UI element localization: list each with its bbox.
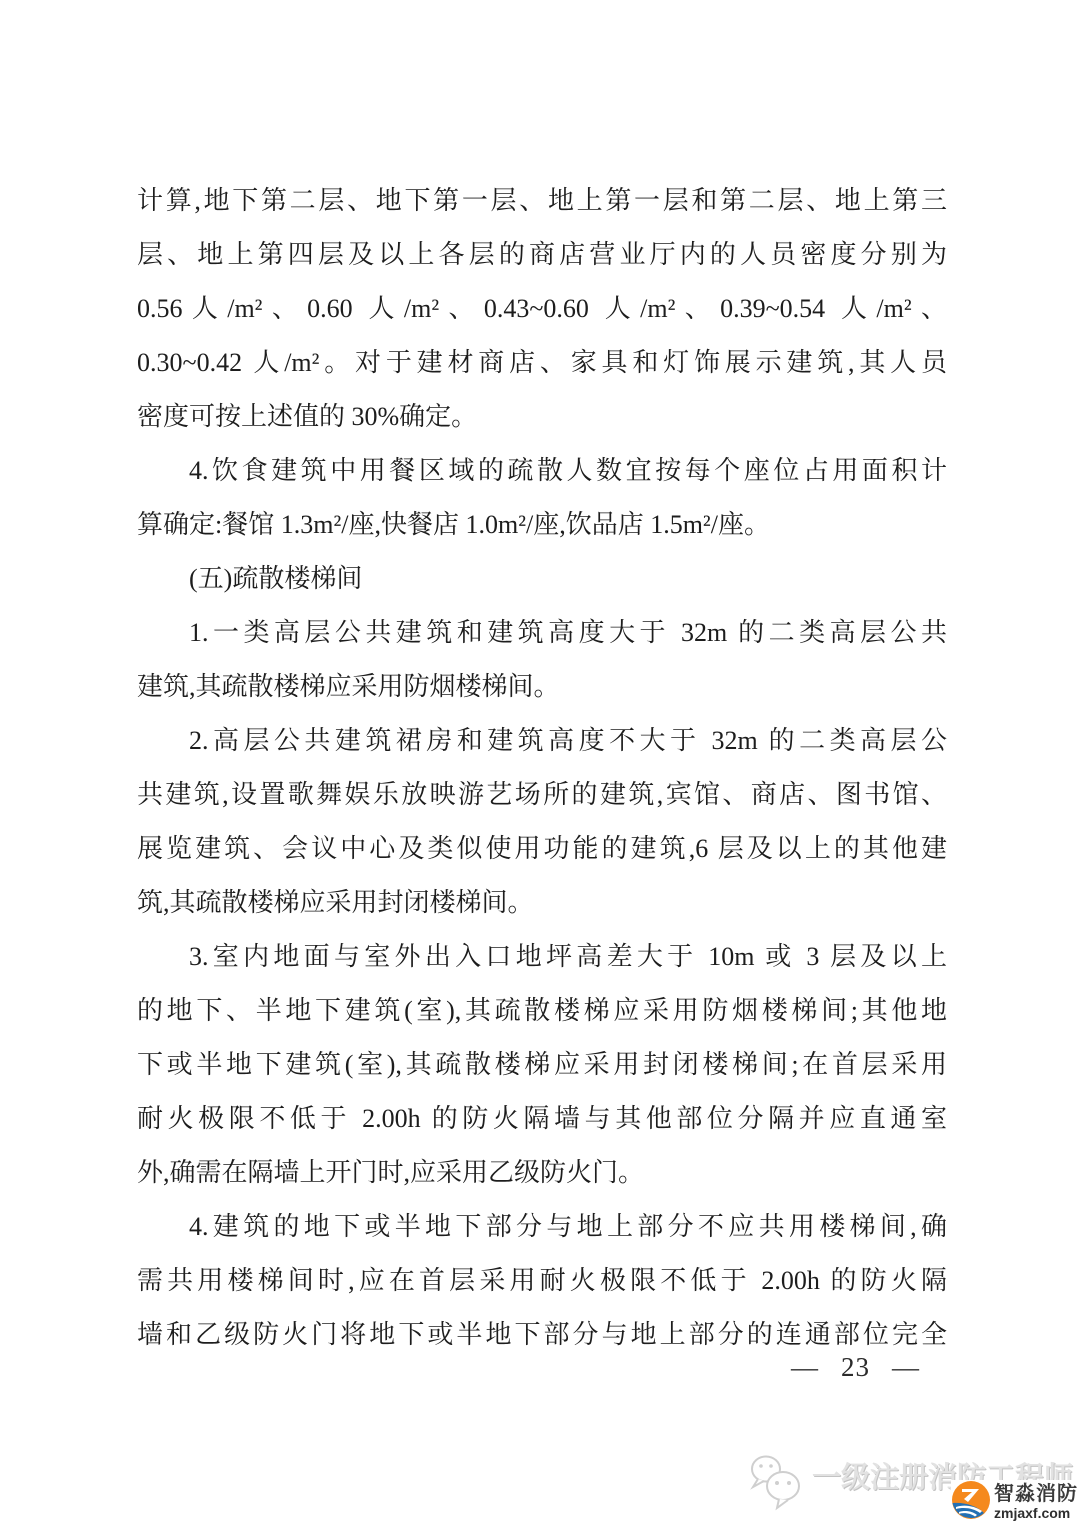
text-line: 需共用楼梯间时,应在首层采用耐火极限不低于 2.00h 的防火隔 <box>137 1254 947 1308</box>
brand-url: zmjaxf.com <box>994 1505 1078 1521</box>
text-line: 1.一类高层公共建筑和建筑高度大于 32m 的二类高层公共 <box>137 606 947 660</box>
document-page: 计算,地下第二层、地下第一层、地上第一层和第二层、地上第三层、地上第四层及以上各… <box>0 0 1080 1527</box>
wechat-icon <box>748 1452 806 1517</box>
text-line: 外,确需在隔墙上开门时,应采用乙级防火门。 <box>137 1146 947 1200</box>
text-line: 4.建筑的地下或半地下部分与地上部分不应共用楼梯间,确 <box>137 1200 947 1254</box>
text-line: 共建筑,设置歌舞娱乐放映游艺场所的建筑,宾馆、商店、图书馆、 <box>137 768 947 822</box>
text-line: 算确定:餐馆 1.3m²/座,快餐店 1.0m²/座,饮品店 1.5m²/座。 <box>137 498 947 552</box>
text-block: 计算,地下第二层、地下第一层、地上第一层和第二层、地上第三层、地上第四层及以上各… <box>137 174 947 1362</box>
brand-logo: 智淼消防 zmjaxf.com <box>951 1480 1078 1525</box>
text-line: 密度可按上述值的 30%确定。 <box>137 390 947 444</box>
page-number-dash-left: — <box>791 1352 819 1383</box>
brand-name: 智淼消防 <box>994 1484 1078 1505</box>
text-line: 展览建筑、会议中心及类似使用功能的建筑,6 层及以上的其他建 <box>137 822 947 876</box>
text-line: 计算,地下第二层、地下第一层、地上第一层和第二层、地上第三 <box>137 174 947 228</box>
text-line: 2.高层公共建筑裙房和建筑高度不大于 32m 的二类高层公 <box>137 714 947 768</box>
text-line: 4.饮食建筑中用餐区域的疏散人数宜按每个座位占用面积计 <box>137 444 947 498</box>
zhimiao-logo-icon <box>951 1480 991 1525</box>
text-line: (五)疏散楼梯间 <box>137 552 947 606</box>
text-line: 下或半地下建筑(室),其疏散楼梯应采用封闭楼梯间;在首层采用 <box>137 1038 947 1092</box>
text-line: 的地下、半地下建筑(室),其疏散楼梯应采用防烟楼梯间;其他地 <box>137 984 947 1038</box>
page-number-dash-right: — <box>892 1352 920 1383</box>
text-line: 建筑,其疏散楼梯应采用防烟楼梯间。 <box>137 660 947 714</box>
text-line: 筑,其疏散楼梯应采用封闭楼梯间。 <box>137 876 947 930</box>
page-number: — 23 — <box>791 1352 920 1383</box>
text-line: 层、地上第四层及以上各层的商店营业厅内的人员密度分别为 <box>137 228 947 282</box>
text-line: 0.56人/m²、0.60 人/m²、0.43~0.60 人/m²、0.39~0… <box>137 282 947 336</box>
text-line: 0.30~0.42 人/m²。对于建材商店、家具和灯饰展示建筑,其人员 <box>137 336 947 390</box>
page-number-value: 23 <box>841 1352 870 1383</box>
text-line: 3.室内地面与室外出入口地坪高差大于 10m 或 3 层及以上 <box>137 930 947 984</box>
text-line: 耐火极限不低于 2.00h 的防火隔墙与其他部位分隔并应直通室 <box>137 1092 947 1146</box>
